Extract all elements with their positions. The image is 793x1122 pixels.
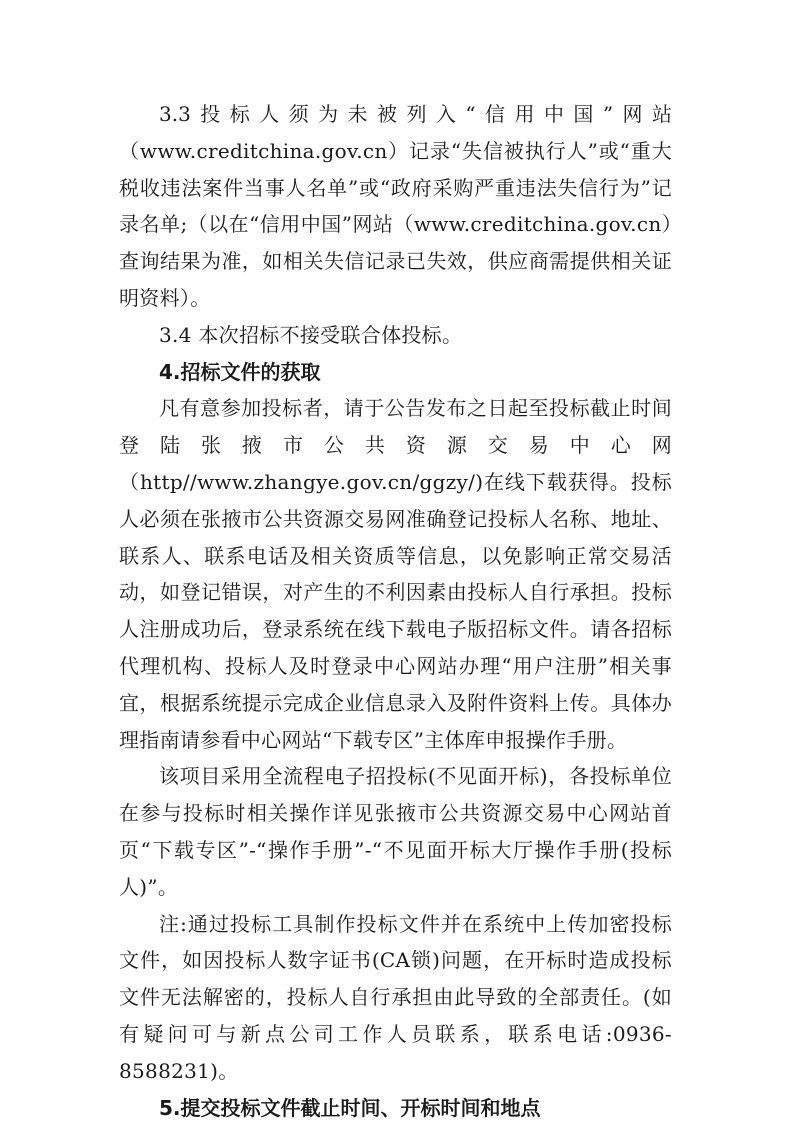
text-fragment: 标 (230, 96, 250, 133)
text-fragment: 用 (514, 96, 534, 133)
text-fragment: 网 (623, 96, 643, 133)
section-4-note: 注:通过投标工具制作投标文件并在系统中上传加密投标文件，如因投标人数字证书(CA… (119, 906, 672, 1090)
section-4-heading: 4.招标文件的获取 (119, 354, 672, 391)
section-5-heading: 5.提交投标文件截止时间、开标时间和地点 (119, 1090, 672, 1122)
text-fragment: 信 (485, 96, 505, 133)
text-fragment: 须 (289, 96, 309, 133)
text-fragment: ” (603, 96, 613, 133)
text-fragment: “ (465, 96, 475, 133)
section-3-3-body: （www.creditchina.gov.cn）记录“失信被执行人”或“重大税收… (119, 133, 672, 317)
text-fragment: 列 (406, 96, 426, 133)
text-fragment: 为 (318, 96, 338, 133)
text-fragment: 站 (652, 96, 672, 133)
section-3-3-first-line: 3.3 投 标 人 须 为 未 被 列 入 “ 信 用 中 国 ” 网 站 (119, 96, 672, 133)
section-3-4: 3.4 本次招标不接受联合体投标。 (119, 317, 672, 354)
text-fragment: 未 (348, 96, 368, 133)
text-fragment: 入 (436, 96, 456, 133)
text-fragment: 被 (377, 96, 397, 133)
text-fragment: 中 (544, 96, 564, 133)
text-fragment: 国 (573, 96, 593, 133)
text-fragment: 投 (200, 96, 220, 133)
text-fragment: 3.3 (159, 96, 191, 133)
section-4-paragraph-1: 凡有意参加投标者，请于公告发布之日起至投标截止时间登陆张掖市公共资源交易中心网（… (119, 390, 672, 758)
document-page: 3.3 投 标 人 须 为 未 被 列 入 “ 信 用 中 国 ” 网 站 （w… (119, 96, 672, 1122)
text-fragment: 人 (259, 96, 279, 133)
section-4-paragraph-2: 该项目采用全流程电子招投标(不见面开标)，各投标单位在参与投标时相关操作详见张掖… (119, 758, 672, 905)
